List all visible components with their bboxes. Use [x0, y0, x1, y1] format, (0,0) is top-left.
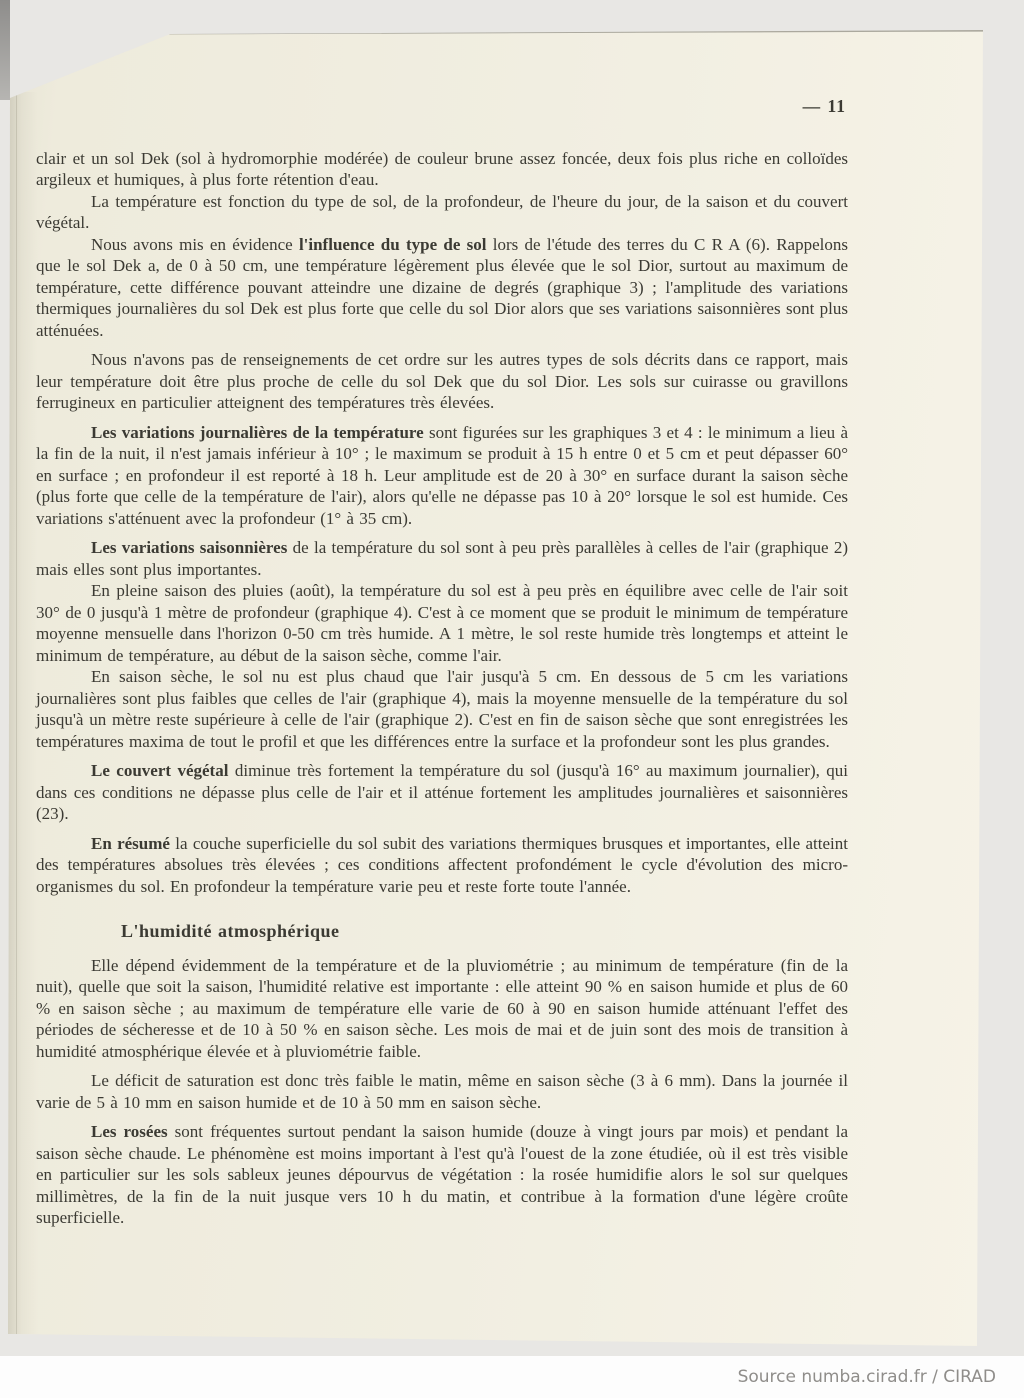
paragraph-bold-phrase: Les variations journalières de la tempér…: [91, 423, 424, 442]
paragraph: Les variations saisonnières de la tempér…: [36, 537, 848, 580]
paragraph-text-pre: En pleine saison des pluies (août), la t…: [36, 581, 848, 665]
source-attribution: Source numba.cirad.fr / CIRAD: [738, 1367, 1024, 1387]
paragraph-text-pre: Nous avons mis en évidence: [91, 235, 299, 254]
paragraph: En résumé la couche superficielle du sol…: [36, 833, 848, 898]
paragraph-text-pre: Le déficit de saturation est donc très f…: [36, 1071, 848, 1112]
paragraph-bold-phrase: Les variations saisonnières: [91, 538, 287, 557]
paragraph: clair et un sol Dek (sol à hydromorphie …: [36, 148, 848, 191]
paragraph-text-pre: La température est fonction du type de s…: [36, 192, 848, 233]
paragraph-bold-phrase: l'influence du type de sol: [299, 235, 487, 254]
footer-bar: Source numba.cirad.fr / CIRAD: [0, 1356, 1024, 1398]
binding-crease: [8, 92, 38, 1334]
page-number: — 11: [36, 96, 848, 118]
paragraph: Elle dépend évidemment de la température…: [36, 955, 848, 1063]
paragraph-text-pre: Elle dépend évidemment de la température…: [36, 956, 848, 1061]
scanned-page: — 11 clair et un sol Dek (sol à hydromor…: [0, 0, 990, 1352]
paragraph-bold-phrase: Les rosées: [91, 1122, 168, 1141]
book-spine-edge: [0, 0, 10, 100]
paragraph-text-pre: clair et un sol Dek (sol à hydromorphie …: [36, 149, 848, 190]
paragraph: La température est fonction du type de s…: [36, 191, 848, 234]
paragraph: Nous n'avons pas de renseignements de ce…: [36, 349, 848, 414]
paragraph-bold-phrase: Le couvert végétal: [91, 761, 228, 780]
paragraph-text-pre: Nous n'avons pas de renseignements de ce…: [36, 350, 848, 412]
paragraph: En saison sèche, le sol nu est plus chau…: [36, 666, 848, 752]
paragraph: Le couvert végétal diminue très fortemen…: [36, 760, 848, 825]
paragraph: En pleine saison des pluies (août), la t…: [36, 580, 848, 666]
page-text-column: — 11 clair et un sol Dek (sol à hydromor…: [36, 0, 848, 1229]
paragraph: Les rosées sont fréquentes surtout penda…: [36, 1121, 848, 1229]
section-heading: L'humidité atmosphérique: [121, 921, 848, 943]
paragraph-text-pre: En saison sèche, le sol nu est plus chau…: [36, 667, 848, 751]
paragraph: Le déficit de saturation est donc très f…: [36, 1070, 848, 1113]
paragraph: Les variations journalières de la tempér…: [36, 422, 848, 530]
paragraph: Nous avons mis en évidence l'influence d…: [36, 234, 848, 342]
paragraph-bold-phrase: En résumé: [91, 834, 170, 853]
